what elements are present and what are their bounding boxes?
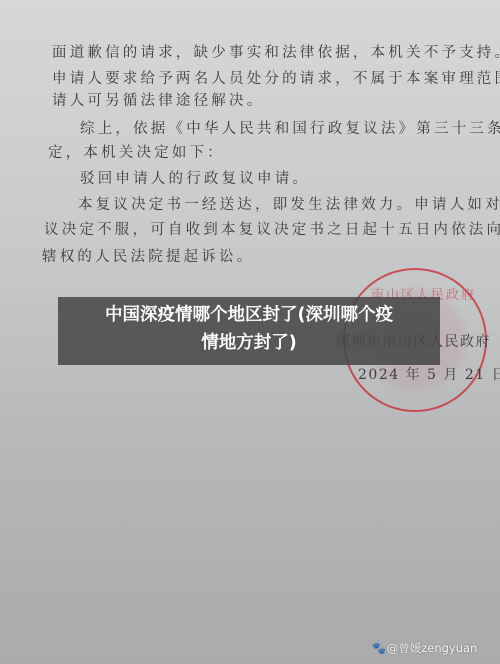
doc-line-1: 面道歉信的请求，缺少事实和法律依据，本机关不予支持。关于 (52, 41, 500, 62)
title-overlay: 中国深疫情哪个地区封了(深圳哪个疫 情地方封了) (58, 297, 440, 365)
doc-line-7: 本复议决定书一经送达，即发生法律效力。申请人如对本复 (78, 193, 500, 214)
watermark-text: @曾媛zengyuan (387, 641, 478, 655)
overlay-title-line-1: 中国深疫情哪个地区封了(深圳哪个疫 (58, 301, 440, 329)
doc-line-9: 辖权的人民法院提起诉讼。 (42, 245, 254, 266)
doc-line-4: 综上，依据《中华人民共和国行政复议法》第三十三条的规 (80, 117, 500, 138)
signature-date: 2024 年 5 月 21 日 (358, 364, 500, 384)
doc-line-6: 驳回申请人的行政复议申请。 (80, 167, 310, 188)
paw-icon: 🐾 (372, 642, 386, 655)
doc-line-8: 议决定不服，可自收到本复议决定书之日起十五日内依法向有管 (44, 218, 500, 239)
overlay-title-line-2: 情地方封了) (58, 329, 440, 357)
doc-line-2: 申请人要求给予两名人员处分的请求，不属于本案审理范围，申 (52, 67, 500, 88)
doc-line-5: 定，本机关决定如下： (48, 141, 225, 162)
watermark: 🐾@曾媛zengyuan (372, 640, 477, 656)
doc-line-3: 请人可另循法律途径解决。 (52, 89, 264, 110)
overlay-title: 中国深疫情哪个地区封了(深圳哪个疫 情地方封了) (58, 301, 440, 357)
